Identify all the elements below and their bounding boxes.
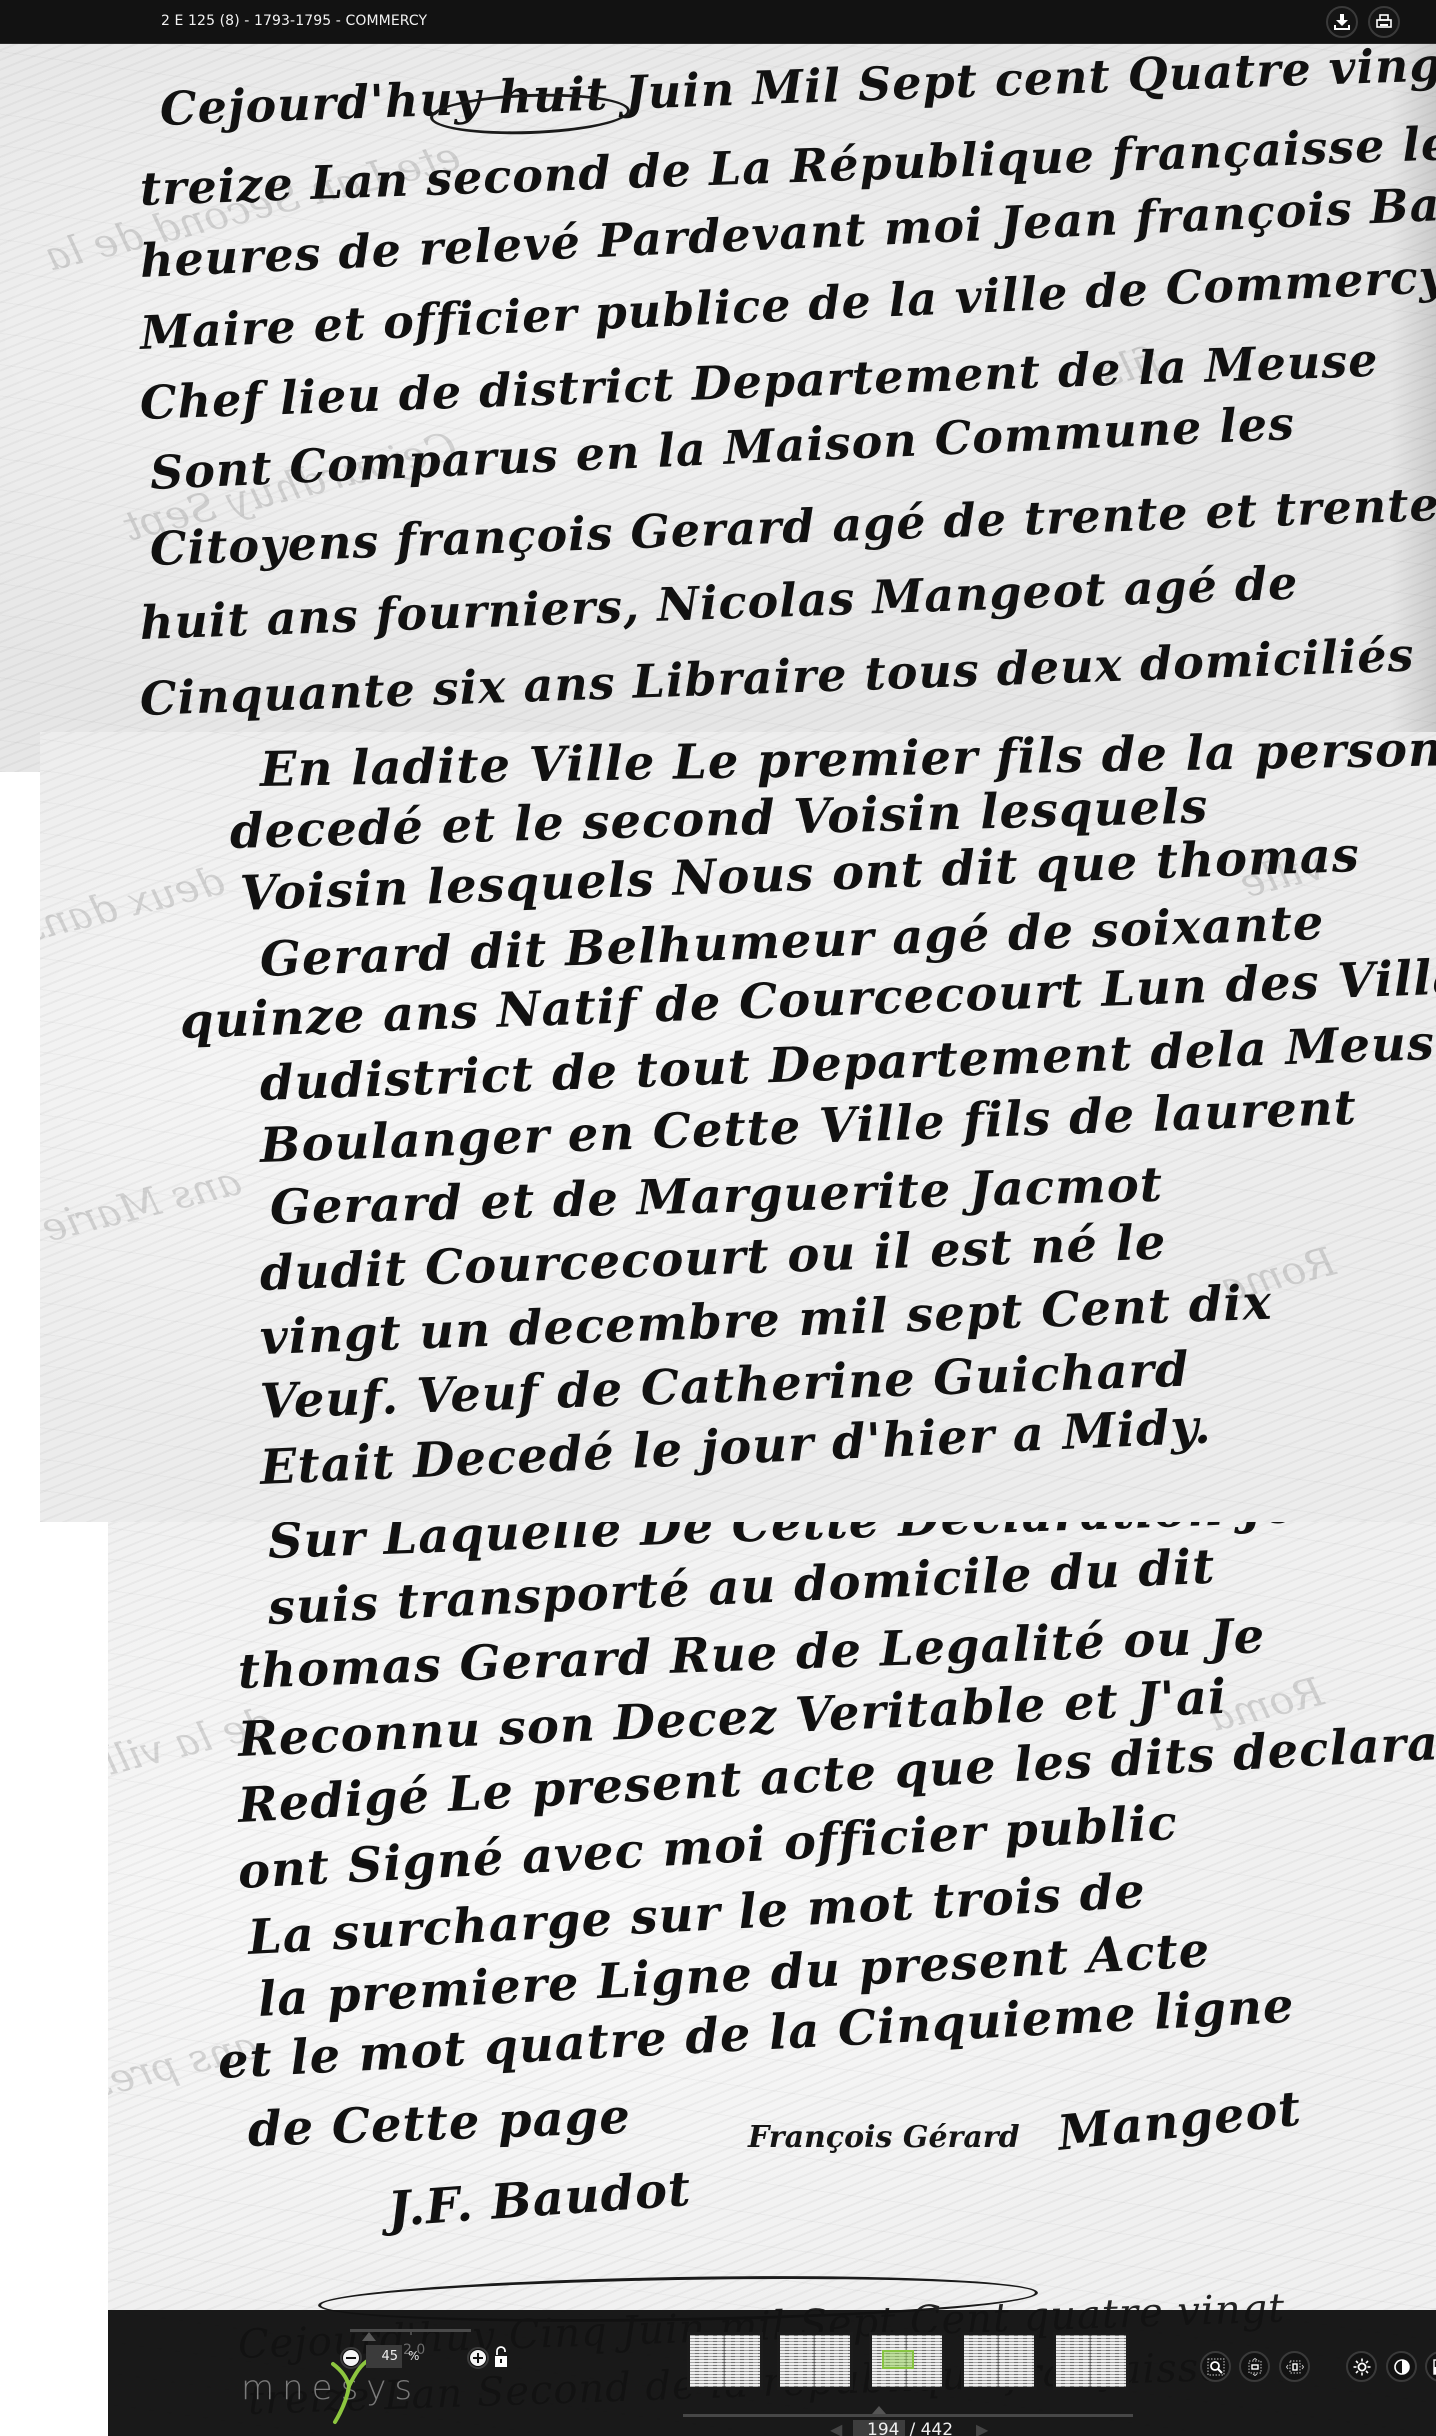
thumbnail-page-current[interactable] (869, 2332, 945, 2390)
zoom-control: % (340, 2318, 540, 2398)
thumbnail-page[interactable] (961, 2332, 1037, 2390)
page-slider[interactable] (683, 2414, 1133, 2417)
total-pages: 442 (921, 2420, 953, 2436)
contrast-button[interactable] (1386, 2351, 1417, 2382)
document-tile-2: deux dans ans Marie ville Roma En ladite… (40, 732, 1436, 1522)
thumbnail-page[interactable] (687, 2332, 763, 2390)
signature-mangeot: Mangeot (1055, 2081, 1304, 2162)
zoom-slider-handle[interactable] (362, 2332, 376, 2341)
unlock-icon[interactable] (494, 2346, 508, 2368)
current-page-input[interactable]: 194 (853, 2420, 905, 2436)
brightness-icon (1353, 2358, 1371, 2376)
page-separator: / (909, 2420, 915, 2436)
viewport-highlight[interactable] (882, 2350, 914, 2369)
zoom-out-icon (343, 2350, 359, 2366)
page-counter: 194/ 442 (853, 2420, 953, 2436)
caret-right-icon[interactable]: ▶ (976, 2420, 988, 2436)
zoom-in-button[interactable] (467, 2347, 489, 2369)
invert-icon (1432, 2358, 1436, 2376)
fit-width-icon (1286, 2358, 1304, 2376)
caret-left-icon[interactable]: ◀ (830, 2420, 842, 2436)
handwritten-line: Cejourd'huy huit Juin Mil Sept cent Quat… (159, 44, 1436, 136)
zoom-selection-button[interactable] (1200, 2351, 1231, 2382)
zoom-level-input[interactable] (366, 2345, 402, 2368)
page-thumbnails (687, 2332, 1147, 2394)
contrast-icon (1393, 2358, 1411, 2376)
zoom-in-icon (470, 2350, 486, 2366)
thumbnail-page[interactable] (1053, 2332, 1129, 2390)
page-slider-handle[interactable] (872, 2406, 886, 2414)
handwritten-line: de Cette page (247, 2089, 632, 2158)
signature-baudot: J.F. Baudot (386, 2161, 693, 2238)
document-tile-1: ete Lan Second de la Cejourdhuy Sept fil… (0, 44, 1436, 772)
fit-height-button[interactable] (1239, 2351, 1270, 2382)
download-button[interactable] (1326, 6, 1358, 38)
document-tile-3: de la ville ans pres Roma Sur Laquelle D… (108, 1522, 1436, 2436)
fit-width-button[interactable] (1279, 2351, 1310, 2382)
invert-button[interactable] (1425, 2351, 1436, 2382)
title-bar: 2 E 125 (8) - 1793-1795 - COMMERCY (0, 0, 1436, 44)
document-viewer[interactable]: ete Lan Second de la Cejourdhuy Sept fil… (0, 44, 1436, 2436)
viewer-toolbar: mnesys 2.0 % ◀ 194 (108, 2310, 1436, 2436)
brightness-button[interactable] (1346, 2351, 1377, 2382)
print-button[interactable] (1368, 6, 1400, 38)
signature-gerard: François Gérard (748, 2120, 1020, 2155)
zoom-selection-icon (1207, 2358, 1225, 2376)
zoom-out-button[interactable] (340, 2347, 362, 2369)
print-icon (1375, 13, 1393, 31)
zoom-unit: % (408, 2349, 419, 2363)
thumbnail-page[interactable] (777, 2332, 853, 2390)
download-icon (1333, 13, 1351, 31)
fit-height-icon (1246, 2358, 1264, 2376)
document-title: 2 E 125 (8) - 1793-1795 - COMMERCY (161, 13, 427, 29)
